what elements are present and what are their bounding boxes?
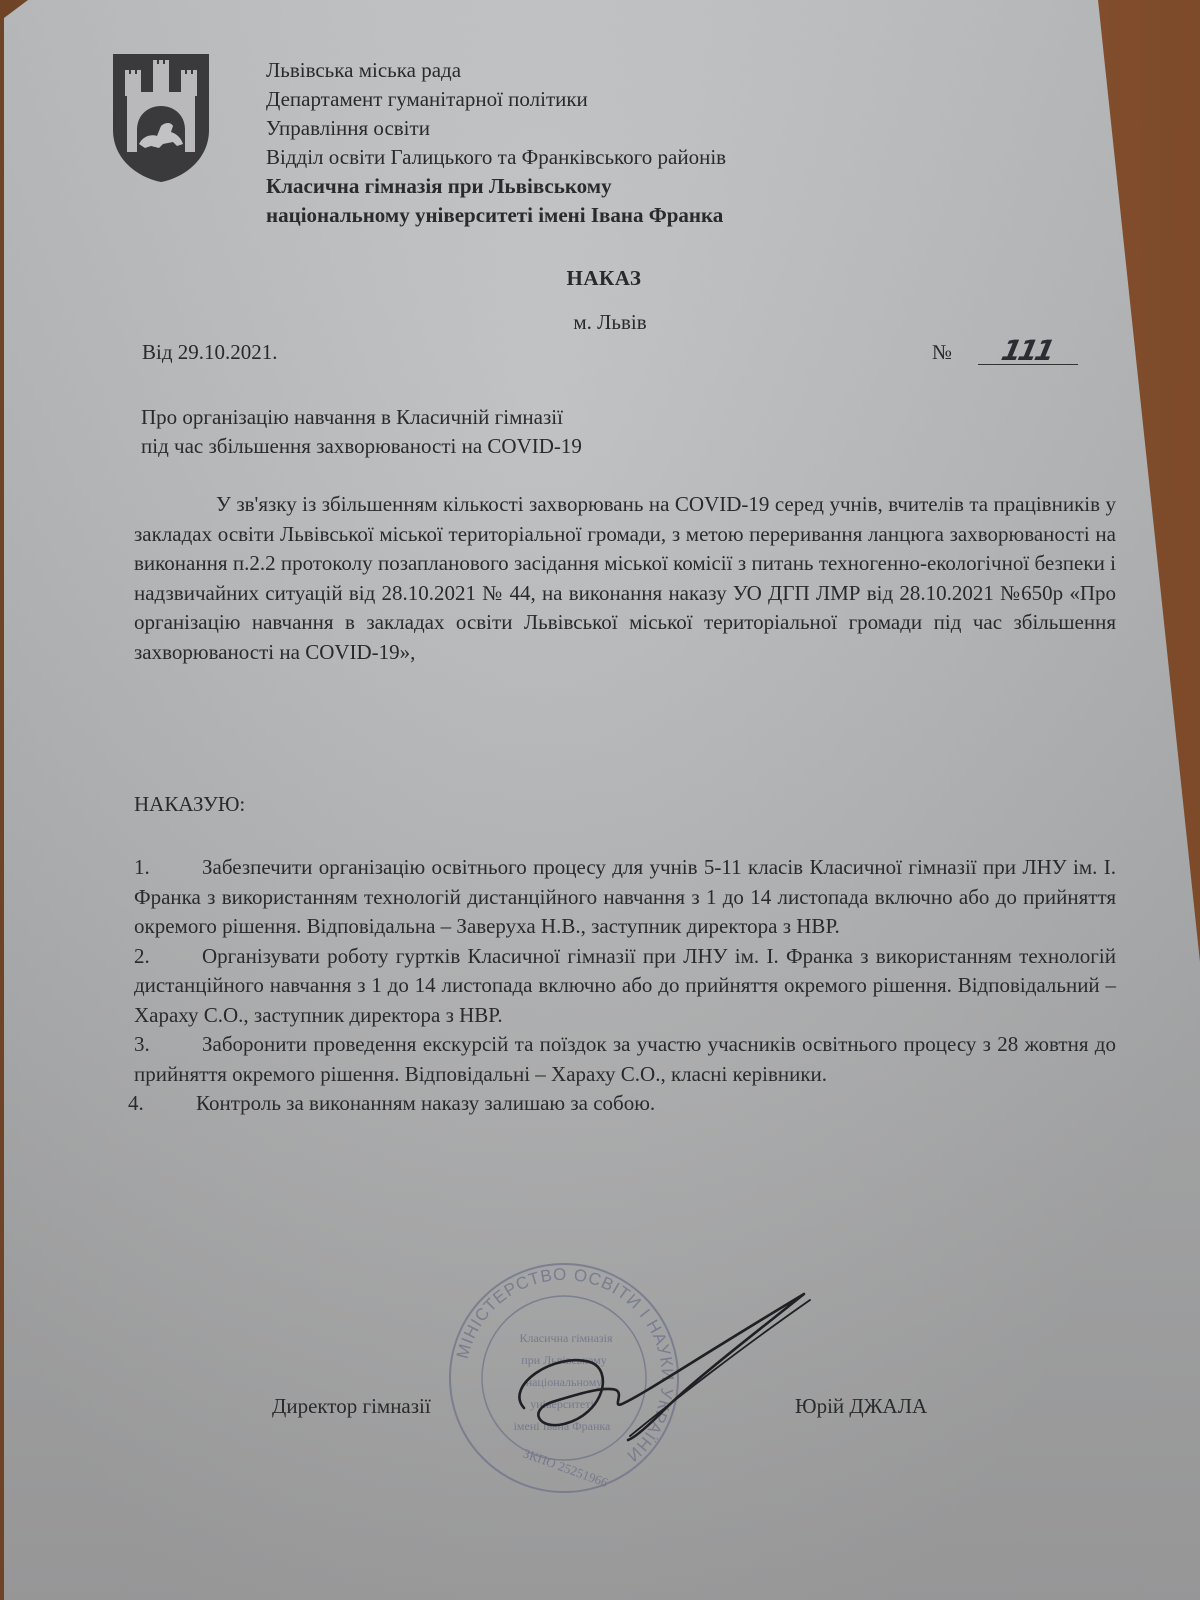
item-text: Забезпечити організацію освітнього проце…: [134, 855, 1116, 938]
institution-name-line: Класична гімназія при Львівському: [266, 172, 726, 201]
signatory-name: Юрій ДЖАЛА: [795, 1394, 927, 1419]
order-item-3: 3.Заборонити проведення екскурсій та пої…: [134, 1030, 1116, 1089]
document-number-handwritten: 111: [998, 334, 1054, 367]
document-subject: Про організацію навчання в Класичній гім…: [141, 403, 582, 461]
order-heading: НАКАЗУЮ:: [134, 792, 245, 817]
item-number: 3.: [134, 1030, 202, 1060]
signatory-role: Директор гімназії: [272, 1394, 431, 1419]
item-text: Заборонити проведення екскурсій та поїзд…: [134, 1032, 1116, 1086]
institution-name-line: національному університеті імені Івана Ф…: [266, 201, 726, 230]
document-page: Львівська міська рада Департамент гумані…: [4, 0, 1200, 1600]
letterhead-line: Департамент гуманітарної політики: [266, 85, 726, 114]
document-title: НАКАЗ: [4, 266, 1200, 291]
order-item-4: 4.Контроль за виконанням наказу залишаю …: [128, 1089, 1116, 1119]
item-number: 4.: [128, 1089, 196, 1119]
order-item-1: 1.Забезпечити організацію освітнього про…: [134, 853, 1116, 942]
preamble-paragraph: У зв'язку із збільшенням кількості захво…: [134, 490, 1116, 667]
letterhead: Львівська міська рада Департамент гумані…: [266, 56, 726, 230]
item-text: Організувати роботу гуртків Класичної гі…: [134, 944, 1116, 1027]
item-number: 1.: [134, 853, 202, 883]
item-number: 2.: [134, 942, 202, 972]
document-number-label: №: [932, 340, 952, 365]
letterhead-line: Львівська міська рада: [266, 56, 726, 85]
subject-line: під час збільшення захворюваності на COV…: [141, 432, 582, 461]
order-items-list: 1.Забезпечити організацію освітнього про…: [134, 853, 1116, 1119]
item-text: Контроль за виконанням наказу залишаю за…: [196, 1091, 655, 1115]
lviv-coat-of-arms-icon: [111, 52, 211, 184]
order-item-2: 2.Організувати роботу гуртків Класичної …: [134, 942, 1116, 1031]
handwritten-signature-icon: [494, 1290, 834, 1460]
subject-line: Про організацію навчання в Класичній гім…: [141, 403, 582, 432]
document-date: Від 29.10.2021.: [142, 340, 278, 365]
document-city: м. Львів: [4, 310, 1200, 335]
letterhead-line: Відділ освіти Галицького та Франківськог…: [266, 143, 726, 172]
letterhead-line: Управління освіти: [266, 114, 726, 143]
